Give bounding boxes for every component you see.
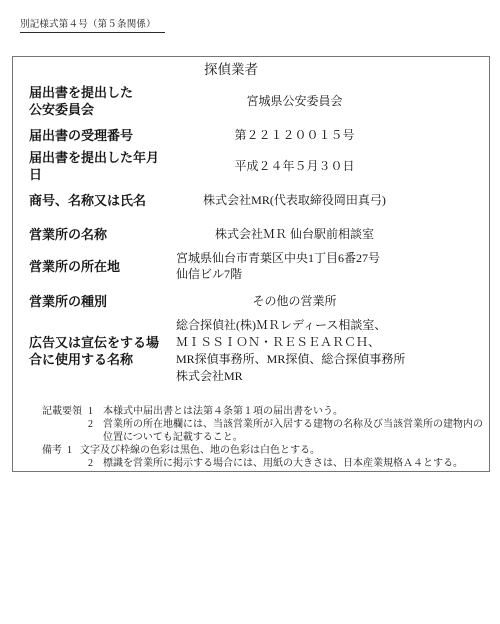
row-value: その他の営業所: [176, 293, 479, 310]
note-line: 位置についても記載すること。: [103, 431, 479, 444]
row-submission-date: 届出書を提出した年月 日 平成２４年５月３０日: [29, 149, 479, 183]
row-label: 届出書の受理番号: [29, 127, 176, 144]
note-item-number: 1: [67, 444, 80, 457]
row-label-line: 届出書の受理番号: [29, 127, 176, 144]
notes-biko-label: 備考: [42, 444, 67, 457]
row-label-line: 届出書を提出した年月: [29, 149, 176, 166]
row-value-line: MR探偵事務所、MR探偵、総合探偵事務所: [176, 351, 479, 368]
row-office-address: 営業所の所在地 宮城県仙台市青葉区中央1丁目6番27号 仙信ビル7階: [29, 250, 479, 282]
row-public-safety-commission: 届出書を提出した 公安委員会 宮城県公安委員会: [29, 84, 479, 118]
row-label: 営業所の所在地: [29, 258, 176, 275]
row-value: 第２２１２００１５号: [176, 127, 479, 144]
row-label-line: 日: [29, 166, 176, 183]
row-value: 宮城県公安委員会: [176, 93, 479, 110]
note-text: 本様式中届出書とは法第４条第１項の届出書をいう。: [103, 406, 343, 417]
row-label-line: 営業所の名称: [29, 226, 176, 243]
note-text: 標識を営業所に掲示する場合には、用紙の大きさは、日本産業規格Ａ４とする。: [103, 458, 463, 469]
row-label-line: 営業所の所在地: [29, 258, 176, 275]
row-value: 株式会社ＭＲ 仙台駅前相談室: [176, 226, 479, 243]
row-value: 株式会社MR(代表取締役岡田真弓): [176, 192, 479, 209]
row-value-line: 仙信ビル7階: [176, 266, 479, 282]
row-value: 総合探偵社(株)ＭＲレディース相談室、 ＭＩＳＳＩＯＮ・ＲＥＳＥＡＲＣＨ、 MR…: [176, 317, 479, 385]
note-line: 2営業所の所在地欄には、当該営業所が入居する建物の名称及び当該営業所の建物内の: [88, 418, 479, 431]
note-text: 営業所の所在地欄には、当該営業所が入居する建物の名称及び当該営業所の建物内の: [103, 419, 483, 430]
form-number: 別記様式第４号（第５条関係）: [20, 19, 165, 33]
row-label-line: 公安委員会: [29, 101, 176, 118]
row-label-line: 商号、名称又は氏名: [29, 192, 176, 209]
row-value-line: その他の営業所: [176, 293, 413, 310]
row-label-line: 営業所の種別: [29, 293, 176, 310]
row-value-line: 株式会社ＭＲ 仙台駅前相談室: [176, 226, 413, 243]
row-label: 届出書を提出した年月 日: [29, 149, 176, 183]
note-item-number: 1: [88, 405, 103, 418]
row-value-line: 平成２４年５月３０日: [176, 158, 413, 175]
row-value-line: 株式会社MR(代表取締役岡田真弓): [176, 192, 413, 209]
notes-section: 記載要領1本様式中届出書とは法第４条第１項の届出書をいう。 2営業所の所在地欄に…: [29, 405, 479, 470]
note-item-number: 2: [88, 418, 103, 431]
row-value: 宮城県仙台市青葉区中央1丁目6番27号 仙信ビル7階: [176, 250, 479, 282]
note-text: 位置についても記載すること。: [103, 432, 243, 443]
row-office-type: 営業所の種別 その他の営業所: [29, 293, 479, 310]
row-value-line: 総合探偵社(株)ＭＲレディース相談室、: [176, 317, 479, 334]
row-label-line: 合に使用する名称: [29, 351, 176, 368]
row-value: 平成２４年５月３０日: [176, 158, 479, 175]
row-label: 届出書を提出した 公安委員会: [29, 84, 176, 118]
note-text: 文字及び枠線の色彩は黒色、地の色彩は白色とする。: [80, 445, 320, 456]
row-label: 広告又は宣伝をする場 合に使用する名称: [29, 334, 176, 368]
document-title: 探偵業者: [29, 61, 479, 78]
row-receipt-number: 届出書の受理番号 第２２１２００１５号: [29, 127, 479, 144]
row-label-line: 広告又は宣伝をする場: [29, 334, 176, 351]
note-line: 備考1文字及び枠線の色彩は黒色、地の色彩は白色とする。: [29, 444, 479, 457]
row-office-name: 営業所の名称 株式会社ＭＲ 仙台駅前相談室: [29, 226, 479, 243]
row-label-line: 届出書を提出した: [29, 84, 176, 101]
row-label: 営業所の種別: [29, 293, 176, 310]
row-label: 商号、名称又は氏名: [29, 192, 176, 209]
row-value-line: 第２２１２００１５号: [176, 127, 413, 144]
row-value-line: 宮城県仙台市青葉区中央1丁目6番27号: [176, 250, 479, 266]
row-advertising-names: 広告又は宣伝をする場 合に使用する名称 総合探偵社(株)ＭＲレディース相談室、 …: [29, 317, 479, 385]
notification-sign-frame: 探偵業者 届出書を提出した 公安委員会 宮城県公安委員会 届出書の受理番号 第２…: [12, 56, 490, 472]
row-label: 営業所の名称: [29, 226, 176, 243]
row-trade-name: 商号、名称又は氏名 株式会社MR(代表取締役岡田真弓): [29, 192, 479, 209]
note-line: 2標識を営業所に掲示する場合には、用紙の大きさは、日本産業規格Ａ４とする。: [88, 457, 479, 470]
notes-kisai-label: 記載要領: [42, 405, 88, 418]
note-line: 記載要領1本様式中届出書とは法第４条第１項の届出書をいう。: [29, 405, 479, 418]
row-value-line: ＭＩＳＳＩＯＮ・ＲＥＳＥＡＲＣＨ、: [176, 334, 479, 351]
row-value-line: 株式会社MR: [176, 368, 479, 385]
note-item-number: 2: [88, 457, 103, 470]
row-value-line: 宮城県公安委員会: [176, 93, 413, 110]
